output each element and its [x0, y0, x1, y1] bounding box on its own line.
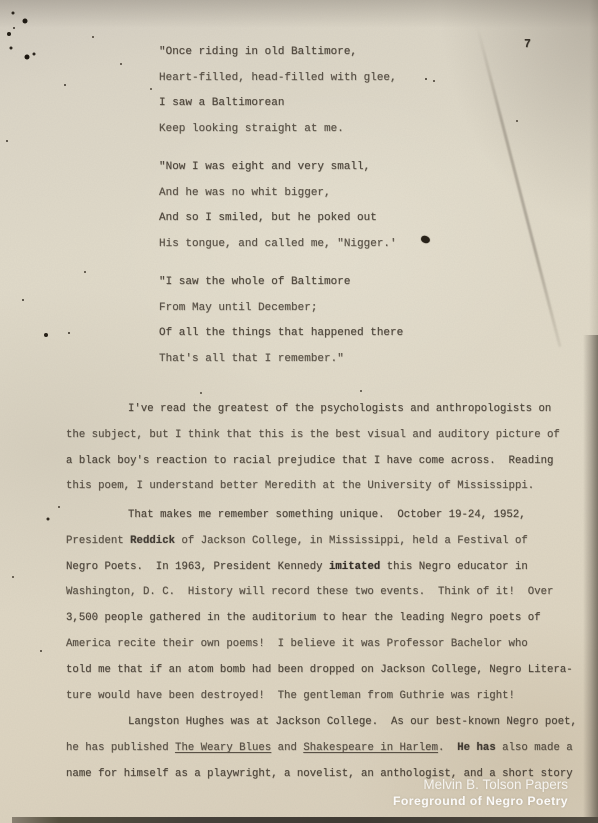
text-line: ture would have been destroyed! The gent… [66, 684, 573, 710]
page-number: 7 [524, 38, 531, 51]
text-line: His tongue, and called me, "Nigger.' [159, 232, 403, 258]
text-line: he has published The Weary Blues and Sha… [66, 736, 577, 762]
text-line: That makes me remember something unique.… [66, 503, 573, 529]
text-line: That's all that I remember." [159, 347, 403, 373]
text-line: 3,500 people gathered in the auditorium … [66, 606, 573, 632]
text-line: I've read the greatest of the psychologi… [66, 397, 560, 423]
text-line: this poem, I understand better Meredith … [66, 474, 560, 500]
watermark-collection-name: Melvin B. Tolson Papers [393, 777, 568, 793]
right-edge-shadow [583, 335, 598, 818]
text-line: Heart-filled, head-filled with glee, [159, 66, 403, 92]
text-line: Washington, D. C. History will record th… [66, 580, 573, 606]
text-line: the subject, but I think that this is th… [66, 423, 560, 449]
prose-paragraph-3: Langston Hughes was at Jackson College. … [66, 710, 577, 787]
text-line: Negro Poets. In 1963, President Kennedy … [66, 555, 573, 581]
text-line: Keep looking straight at me. [159, 117, 403, 143]
text-line: Of all the things that happened there [159, 321, 403, 347]
poem-block: "Once riding in old Baltimore,Heart-fill… [159, 40, 403, 385]
text-line: "I saw the whole of Baltimore [159, 270, 403, 296]
text-line: told me that if an atom bomb had been dr… [66, 658, 573, 684]
text-line: Langston Hughes was at Jackson College. … [66, 710, 577, 736]
right-edge-shading-upper [589, 0, 598, 335]
top-right-corner-shadow [428, 0, 598, 240]
text-line: I saw a Baltimorean [159, 91, 403, 117]
ink-specks [0, 0, 2, 2]
watermark-document-title: Foreground of Negro Poetry [393, 793, 568, 809]
scanned-typewritten-page: 7 "Once riding in old Baltimore,Heart-fi… [0, 0, 598, 823]
text-line: From May until December; [159, 296, 403, 322]
text-line: And so I smiled, but he poked out [159, 206, 403, 232]
text-line: "Once riding in old Baltimore, [159, 40, 403, 66]
bottom-scan-edge [12, 817, 598, 823]
text-line: "Now I was eight and very small, [159, 155, 403, 181]
poem-stanza-1: "Once riding in old Baltimore,Heart-fill… [159, 40, 403, 142]
text-line: And he was no whit bigger, [159, 181, 403, 207]
poem-stanza-2: "Now I was eight and very small,And he w… [159, 155, 403, 257]
poem-stanza-3: "I saw the whole of BaltimoreFrom May un… [159, 270, 403, 372]
prose-paragraph-1: I've read the greatest of the psychologi… [66, 397, 560, 500]
text-line: America recite their own poems! I believ… [66, 632, 573, 658]
archive-watermark: Melvin B. Tolson Papers Foreground of Ne… [393, 777, 568, 809]
text-line: President Reddick of Jackson College, in… [66, 529, 573, 555]
prose-paragraph-2: That makes me remember something unique.… [66, 503, 573, 709]
text-line: a black boy's reaction to racial prejudi… [66, 449, 560, 475]
